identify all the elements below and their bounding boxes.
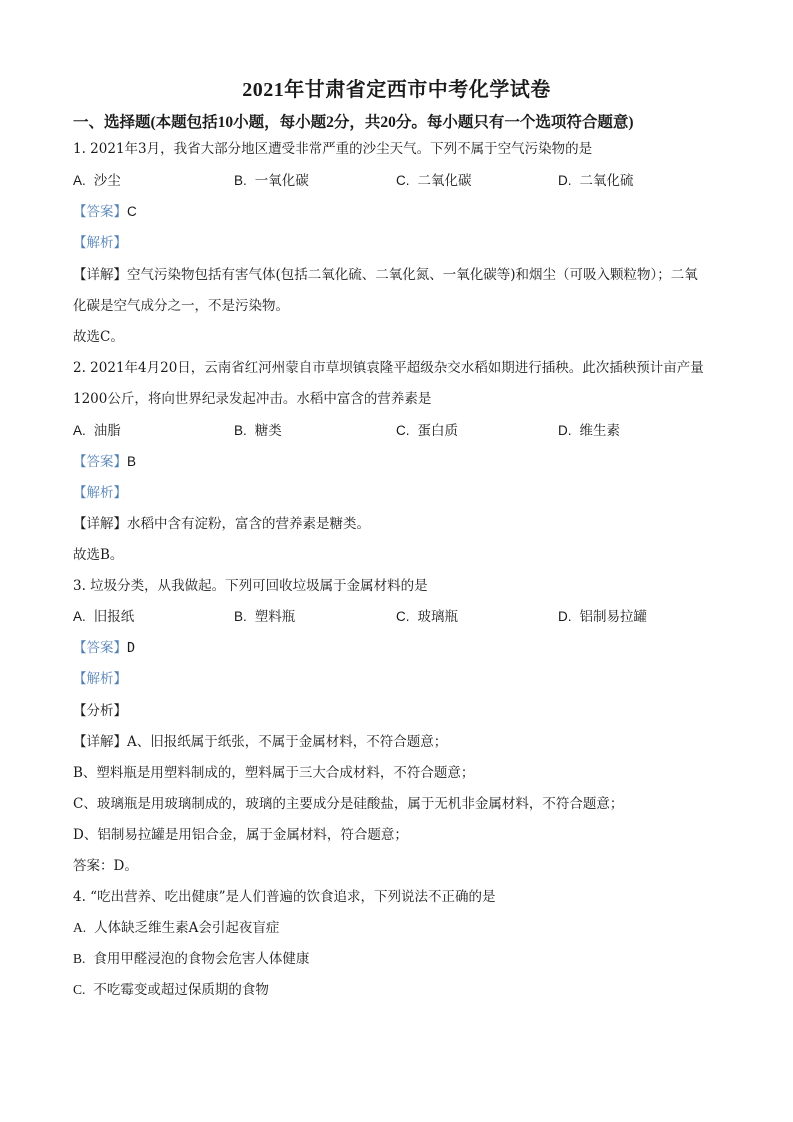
option-a: A.人体缺乏维生素A会引起夜盲症 bbox=[73, 919, 279, 937]
option-letter: B. bbox=[234, 609, 247, 624]
option-b: B.糖类 bbox=[234, 422, 282, 440]
option-letter: C. bbox=[396, 173, 410, 188]
detail-line: C、玻璃瓶是用玻璃制成的，玻璃的主要成分是硅酸盐，属于无机非金属材料，不符合题意… bbox=[73, 795, 623, 813]
option-c: C.蛋白质 bbox=[396, 422, 458, 440]
option-c: C.玻璃瓶 bbox=[396, 608, 458, 626]
detail-line: B、塑料瓶是用塑料制成的，塑料属于三大合成材料，不符合题意； bbox=[73, 764, 474, 782]
option-letter: B. bbox=[73, 951, 85, 966]
option-letter: B. bbox=[234, 173, 247, 188]
option-letter: C. bbox=[73, 982, 85, 997]
option-text: 沙尘 bbox=[94, 173, 121, 189]
detail-line: D、铝制易拉罐是用铝合金，属于金属材料，符合题意； bbox=[73, 826, 408, 844]
section-heading: 一、选择题(本题包括10小题，每小题2分，共20分。每小题只有一个选项符合题意) bbox=[73, 110, 634, 132]
question-3-stem: 3. 垃圾分类，从我做起。下列可回收垃圾属于金属材料的是 bbox=[73, 577, 428, 595]
option-a: A.油脂 bbox=[73, 422, 121, 440]
answer-label: 【答案】 bbox=[73, 204, 127, 220]
option-text: 玻璃瓶 bbox=[418, 609, 459, 625]
option-letter: C. bbox=[396, 609, 410, 624]
option-letter: A. bbox=[73, 423, 86, 438]
analysis-label: 【解析】 bbox=[73, 484, 127, 502]
option-letter: D. bbox=[558, 173, 572, 188]
question-1-stem: 1. 2021年3月，我省大部分地区遭受非常严重的沙尘天气。下列不属于空气污染物… bbox=[73, 140, 592, 158]
option-text: 铝制易拉罐 bbox=[580, 609, 648, 625]
fenxi-label: 【分析】 bbox=[73, 702, 127, 720]
option-text: 旧报纸 bbox=[94, 609, 135, 625]
option-c: C.不吃霉变或超过保质期的食物 bbox=[73, 981, 269, 999]
question-2-stem: 2. 2021年4月20日，云南省红河州蒙自市草坝镇袁隆平超级杂交水稻如期进行插… bbox=[73, 359, 704, 377]
option-text: 塑料瓶 bbox=[255, 609, 296, 625]
option-b: B.一氧化碳 bbox=[234, 172, 309, 190]
detail-line: 化碳是空气成分之一，不是污染物。 bbox=[73, 297, 289, 315]
answer-line: 【答案】D bbox=[73, 639, 135, 657]
option-text: 蛋白质 bbox=[418, 423, 459, 439]
option-letter: B. bbox=[234, 423, 247, 438]
analysis-label: 【解析】 bbox=[73, 670, 127, 688]
detail-text: 水稻中含有淀粉，富含的营养素是糖类。 bbox=[127, 516, 370, 532]
option-text: 二氧化硫 bbox=[580, 173, 634, 189]
answer-label: 【答案】 bbox=[73, 454, 127, 470]
option-letter: C. bbox=[396, 423, 410, 438]
option-text: 二氧化碳 bbox=[418, 173, 472, 189]
answer-label: 【答案】 bbox=[73, 640, 127, 656]
answer-value: B bbox=[127, 454, 136, 469]
option-b: B.食用甲醛浸泡的食物会危害人体健康 bbox=[73, 950, 309, 968]
option-b: B.塑料瓶 bbox=[234, 608, 295, 626]
question-4-stem: 4. “吃出营养、吃出健康”是人们普遍的饮食追求，下列说法不正确的是 bbox=[73, 888, 495, 906]
option-letter: A. bbox=[73, 609, 86, 624]
option-text: 不吃霉变或超过保质期的食物 bbox=[93, 982, 269, 998]
option-text: 一氧化碳 bbox=[255, 173, 309, 189]
answer-line: 【答案】B bbox=[73, 453, 136, 471]
answer-line: 【答案】C bbox=[73, 203, 137, 221]
option-text: 维生素 bbox=[580, 423, 621, 439]
detail-text: A、旧报纸属于纸张，不属于金属材料，不符合题意； bbox=[127, 734, 447, 750]
detail-text: 空气污染物包括有害气体(包括二氧化硫、二氧化氮、一氧化碳等)和烟尘（可吸入颗粒物… bbox=[127, 267, 698, 283]
conclusion: 答案：D。 bbox=[73, 857, 138, 875]
question-1-options: A.沙尘 B.一氧化碳 C.二氧化碳 D.二氧化硫 bbox=[73, 172, 733, 190]
question-2-stem: 1200公斤，将向世界纪录发起冲击。水稻中富含的营养素是 bbox=[73, 390, 431, 408]
detail-line: 【详解】空气污染物包括有害气体(包括二氧化硫、二氧化氮、一氧化碳等)和烟尘（可吸… bbox=[73, 266, 698, 284]
option-text: 糖类 bbox=[255, 423, 282, 439]
page-title: 2021年甘肃省定西市中考化学试卷 bbox=[0, 73, 793, 102]
option-text: 油脂 bbox=[94, 423, 121, 439]
question-3-options: A.旧报纸 B.塑料瓶 C.玻璃瓶 D.铝制易拉罐 bbox=[73, 608, 733, 626]
detail-label: 【详解】 bbox=[73, 734, 127, 750]
answer-value: D bbox=[127, 640, 135, 656]
option-text: 食用甲醛浸泡的食物会危害人体健康 bbox=[93, 951, 309, 967]
option-c: C.二氧化碳 bbox=[396, 172, 472, 190]
option-d: D.维生素 bbox=[558, 422, 620, 440]
option-letter: D. bbox=[558, 423, 572, 438]
option-d: D.二氧化硫 bbox=[558, 172, 634, 190]
answer-value: C bbox=[127, 204, 137, 219]
option-letter: A. bbox=[73, 173, 86, 188]
option-text: 人体缺乏维生素A会引起夜盲症 bbox=[94, 920, 279, 936]
option-d: D.铝制易拉罐 bbox=[558, 608, 647, 626]
option-a: A.旧报纸 bbox=[73, 608, 134, 626]
analysis-label: 【解析】 bbox=[73, 234, 127, 252]
option-a: A.沙尘 bbox=[73, 172, 121, 190]
detail-label: 【详解】 bbox=[73, 267, 127, 283]
conclusion: 故选B。 bbox=[73, 546, 123, 564]
question-2-options: A.油脂 B.糖类 C.蛋白质 D.维生素 bbox=[73, 422, 733, 440]
conclusion: 故选C。 bbox=[73, 328, 124, 346]
detail-label: 【详解】 bbox=[73, 516, 127, 532]
option-letter: D. bbox=[558, 609, 572, 624]
option-letter: A. bbox=[73, 920, 86, 935]
detail-line: 【详解】水稻中含有淀粉，富含的营养素是糖类。 bbox=[73, 515, 370, 533]
document-page: 2021年甘肃省定西市中考化学试卷 一、选择题(本题包括10小题，每小题2分，共… bbox=[0, 0, 793, 1122]
detail-line: 【详解】A、旧报纸属于纸张，不属于金属材料，不符合题意； bbox=[73, 733, 447, 751]
